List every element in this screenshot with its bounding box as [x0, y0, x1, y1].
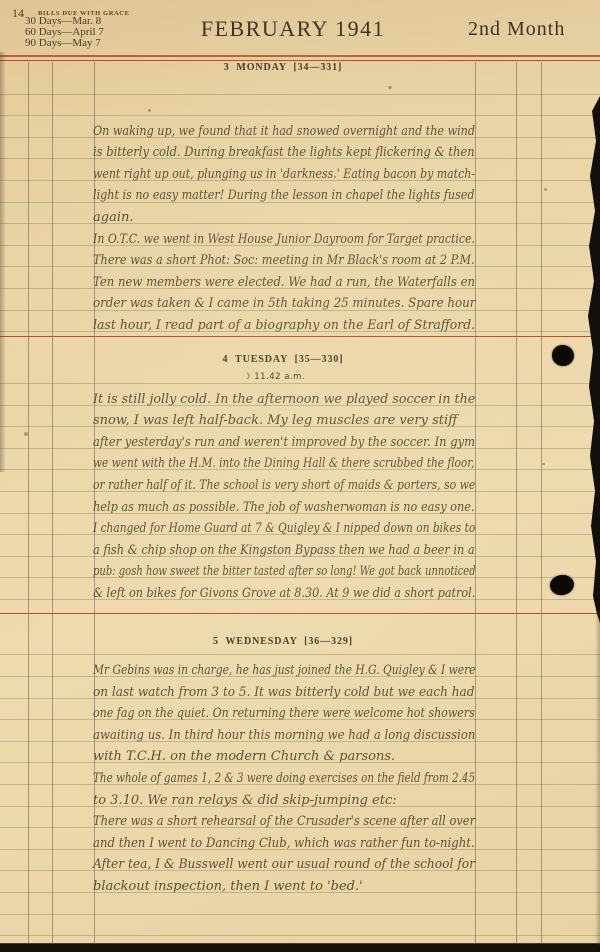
month-ordinal: 2nd Month — [468, 18, 565, 41]
ruled-line — [0, 654, 600, 655]
ruled-line — [0, 914, 600, 915]
diary-line: to 3.10. We ran relays & did skip-jumpin… — [93, 790, 475, 812]
diary-page-scan: 14 BILLS DUE WITH GRACE 30 Days—Mar. 8 6… — [0, 0, 600, 952]
section-header-wednesday: 5 WEDNESDAY [36—329] — [0, 636, 566, 647]
vertical-rule — [541, 62, 542, 943]
red-rule-top-2 — [0, 60, 600, 61]
diary-line: a fish & chip shop on the Kingston Bypas… — [93, 540, 426, 562]
diary-line: The whole of games 1, 2 & 3 were doing e… — [93, 768, 397, 790]
diary-line: with T.C.H. on the modern Church & parso… — [93, 746, 475, 768]
diary-entry-monday: On waking up, we found that it had snowe… — [93, 121, 475, 337]
paper-speck — [542, 463, 545, 465]
diary-line: light is no easy matter! During the less… — [93, 185, 421, 207]
diary-line: blackout inspection, then I went to 'bed… — [93, 876, 475, 898]
page-bottom-edge — [0, 943, 600, 952]
diary-line: again. — [93, 207, 475, 229]
diary-line: pub: gosh how sweet the bitter tasted af… — [93, 561, 387, 583]
page-right-edge-shadow — [595, 610, 600, 945]
vertical-rule — [475, 62, 476, 943]
paper-speck — [388, 86, 392, 89]
diary-line: & left on bikes for Givons Grove at 8.30… — [93, 583, 422, 605]
diary-line: and then I went to Dancing Club, which w… — [93, 833, 437, 855]
red-rule-top-1 — [0, 55, 600, 57]
diary-line: There was a short Phot: Soc: meeting in … — [93, 250, 425, 272]
paper-speck — [544, 188, 547, 191]
diary-line: after yesterday's run and weren't improv… — [93, 432, 431, 454]
diary-line: order was taken & I came in 5th taking 2… — [93, 293, 441, 315]
diary-line: It is still jolly cold. In the afternoon… — [93, 389, 465, 411]
diary-line: is bitterly cold. During breakfast the l… — [93, 142, 431, 164]
torn-right-edge — [586, 96, 600, 623]
section-header-monday: 3 MONDAY [34—331] — [0, 62, 566, 73]
moon-phase-time: 11.42 a.m. — [254, 372, 305, 382]
diary-entry-tuesday: It is still jolly cold. In the afternoon… — [93, 389, 475, 605]
ruled-line — [0, 115, 600, 116]
diary-line: one fag on the quiet. On returning there… — [93, 703, 417, 725]
diary-line: Ten new members were elected. We had a r… — [93, 272, 436, 294]
hole-punch-top — [552, 345, 574, 366]
vertical-rule — [516, 62, 517, 943]
ruled-line — [0, 935, 600, 936]
vertical-rule — [52, 62, 53, 943]
paper-speck — [148, 109, 151, 112]
diary-line: or rather half of it. The school is very… — [93, 475, 412, 497]
ruled-line — [0, 383, 600, 384]
diary-line: snow, I was left half-back. My leg muscl… — [93, 410, 475, 432]
diary-line: In O.T.C. we went in West House Junior D… — [93, 229, 414, 251]
moon-phase-icon: ☽ — [243, 372, 251, 382]
ruled-line — [0, 94, 600, 95]
diary-line: I changed for Home Guard at 7 & Quigley … — [93, 518, 405, 540]
diary-entry-wednesday: Mr Gebins was in charge, he has just joi… — [93, 660, 475, 898]
paper-speck — [24, 432, 28, 436]
diary-line: After tea, I & Busswell went our usual r… — [93, 854, 452, 876]
moon-phase-note: ☽ 11.42 a.m. — [0, 372, 548, 382]
red-rule-wednesday — [0, 613, 600, 614]
vertical-rule — [28, 62, 29, 943]
diary-line: we went with the H.M. into the Dining Ha… — [93, 453, 404, 475]
diary-line: On waking up, we found that it had snowe… — [93, 121, 421, 143]
diary-line: last hour, I read part of a biography on… — [93, 315, 460, 337]
diary-line: went right up out, plunging us in 'darkn… — [93, 164, 415, 186]
diary-line: Mr Gebins was in charge, he has just joi… — [93, 660, 407, 682]
section-header-tuesday: 4 TUESDAY [35—330] — [0, 354, 566, 365]
diary-line: There was a short rehearsal of the Crusa… — [93, 811, 429, 833]
page-left-edge-shadow — [0, 52, 6, 472]
diary-line: on last watch from 3 to 5. It was bitter… — [93, 682, 448, 704]
diary-line: awaiting us. In third hour this morning … — [93, 725, 436, 747]
diary-line: help as much as possible. The job of was… — [93, 497, 425, 519]
